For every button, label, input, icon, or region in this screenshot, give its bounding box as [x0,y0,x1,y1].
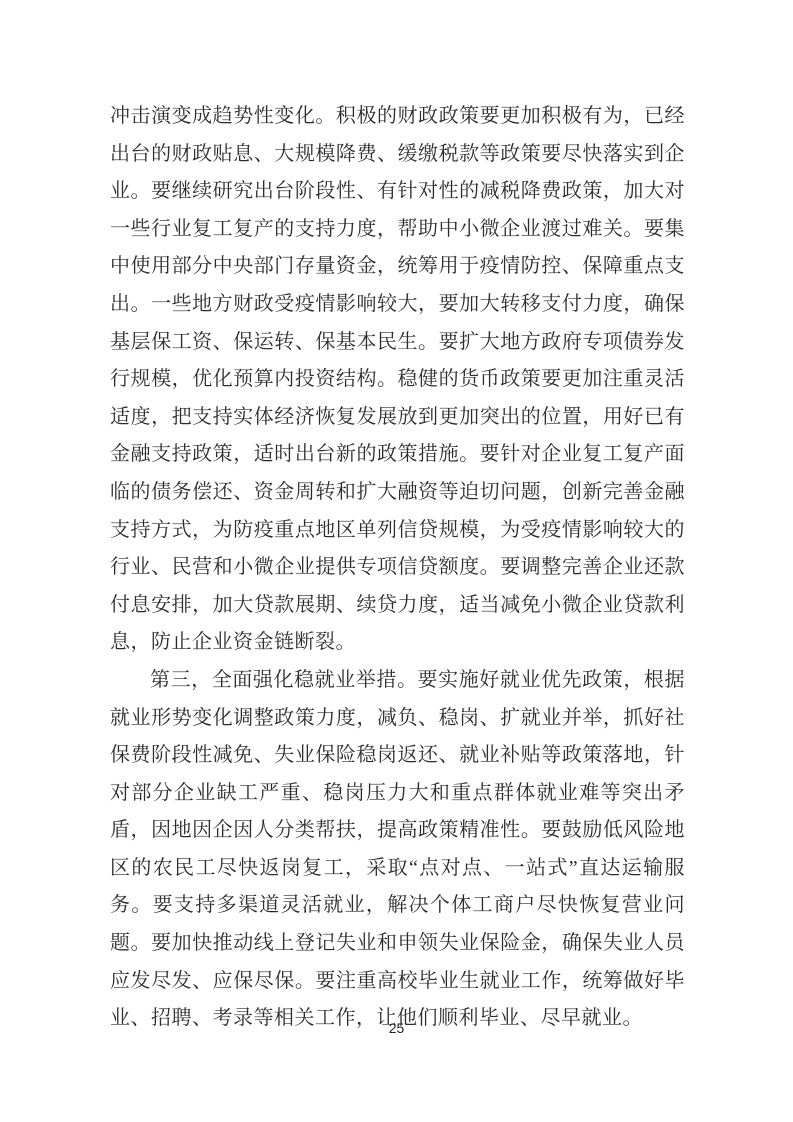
paragraph-stabilize-employment: 第三，全面强化稳就业举措。要实施好就业优先政策，根据就业形势变化调整政策力度，减… [110,662,685,1038]
document-page: 冲击演变成趋势性变化。积极的财政政策要更加积极有为，已经出台的财政贴息、大规模降… [0,0,793,1122]
page-number: 25 [0,1020,793,1036]
document-body: 冲击演变成趋势性变化。积极的财政政策要更加积极有为，已经出台的财政贴息、大规模降… [110,98,685,1038]
paragraph-fiscal-monetary-policy: 冲击演变成趋势性变化。积极的财政政策要更加积极有为，已经出台的财政贴息、大规模降… [110,98,685,662]
